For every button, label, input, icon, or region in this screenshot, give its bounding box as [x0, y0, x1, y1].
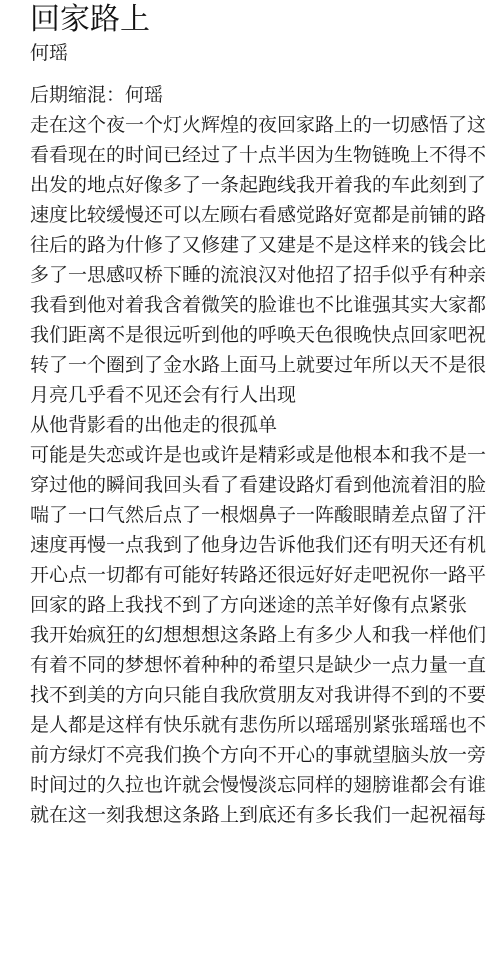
lyric-line: 走在这个夜一个灯火辉煌的夜回家路上的一切感悟了这	[30, 110, 500, 140]
lyric-line: 我开始疯狂的幻想想想这条路上有多少人和我一样他们	[30, 620, 500, 650]
lyrics-page: 回家路上 何瑶 后期缩混：何瑶走在这个夜一个灯火辉煌的夜回家路上的一切感悟了这看…	[30, 0, 500, 830]
lyric-line: 往后的路为什修了又修建了又建是不是这样来的钱会比	[30, 230, 500, 260]
mixing-credit: 后期缩混：何瑶	[30, 80, 500, 110]
lyric-line: 速度再慢一点我到了他身边告诉他我们还有明天还有机	[30, 530, 500, 560]
lyric-line: 是人都是这样有快乐就有悲伤所以瑶瑶别紧张瑶瑶也不	[30, 710, 500, 740]
song-artist: 何瑶	[30, 40, 500, 66]
lyric-line: 开心点一切都有可能好转路还很远好好走吧祝你一路平	[30, 560, 500, 590]
lyric-line: 前方绿灯不亮我们换个方向不开心的事就望脑头放一旁	[30, 740, 500, 770]
lyric-line: 找不到美的方向只能自我欣赏朋友对我讲得不到的不要	[30, 680, 500, 710]
lyric-line: 看看现在的时间已经过了十点半因为生物链晚上不得不	[30, 140, 500, 170]
lyric-line: 可能是失恋或许是也或许是精彩或是他根本和我不是一	[30, 440, 500, 470]
lyric-line: 就在这一刻我想这条路上到底还有多长我们一起祝福每	[30, 800, 500, 830]
lyric-line: 喘了一口气然后点了一根烟鼻子一阵酸眼睛差点留了汗	[30, 500, 500, 530]
lyric-line: 转了一个圈到了金水路上面马上就要过年所以天不是很	[30, 350, 500, 380]
lyric-line: 从他背影看的出他走的很孤单	[30, 410, 500, 440]
lyric-line: 我们距离不是很远听到他的呼唤天色很晚快点回家吧祝	[30, 320, 500, 350]
lyric-line: 有着不同的梦想怀着种种的希望只是缺少一点力量一直	[30, 650, 500, 680]
lyric-line: 回家的路上我找不到了方向迷途的羔羊好像有点紧张	[30, 590, 500, 620]
lyric-line: 速度比较缓慢还可以左顾右看感觉路好宽都是前铺的路	[30, 200, 500, 230]
lyric-line: 出发的地点好像多了一条起跑线我开着我的车此刻到了	[30, 170, 500, 200]
lyric-line: 时间过的久拉也许就会慢慢淡忘同样的翅膀谁都会有谁	[30, 770, 500, 800]
lyric-line: 穿过他的瞬间我回头看了看建设路灯看到他流着泪的脸	[30, 470, 500, 500]
lyric-line: 多了一思感叹桥下睡的流浪汉对他招了招手似乎有种亲	[30, 260, 500, 290]
lyric-line: 我看到他对着我含着微笑的脸谁也不比谁强其实大家都	[30, 290, 500, 320]
lyrics-body: 后期缩混：何瑶走在这个夜一个灯火辉煌的夜回家路上的一切感悟了这看看现在的时间已经…	[30, 80, 500, 830]
song-title: 回家路上	[30, 0, 500, 40]
lyric-line: 月亮几乎看不见还会有行人出现	[30, 380, 500, 410]
